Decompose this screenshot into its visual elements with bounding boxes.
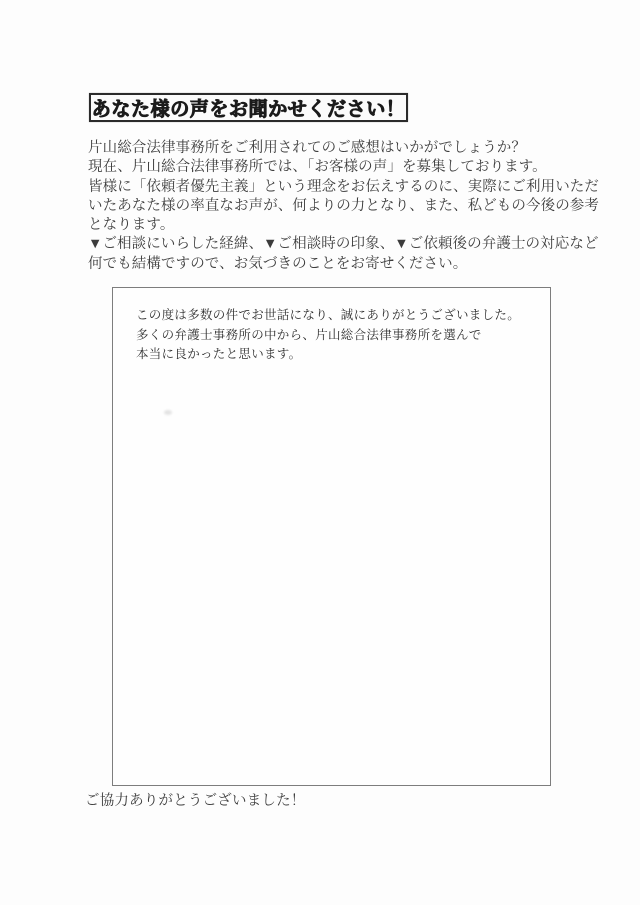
comment-line: この度は多数の件でお世話になり、誠にありがとうございました。 bbox=[136, 306, 520, 326]
scan-noise-artifact bbox=[164, 410, 172, 415]
scanned-feedback-document: あなた様の声をお聞かせください！ 片山総合法律事務所をご利用されてのご感想はいか… bbox=[0, 0, 640, 905]
intro-line: ▼ご相談にいらした経緯、▼ご相談時の印象、▼ご依頼後の弁護士の対応など bbox=[88, 235, 573, 254]
intro-line: となります。 bbox=[88, 216, 573, 235]
intro-line: 現在、片山総合法律事務所では、「お客様の声」を募集しております。 bbox=[88, 158, 573, 177]
intro-line: 皆様に「依頼者優先主義」という理念をお伝えするのに、実際にご利用いただ bbox=[88, 178, 573, 197]
intro-line: 何でも結構ですので、お気づきのことをお寄せください。 bbox=[88, 255, 573, 274]
page-title: あなた様の声をお聞かせください！ bbox=[92, 93, 406, 121]
intro-line: いたあなた様の率直なお声が、何よりの力となり、また、私どもの今後の参考 bbox=[88, 197, 573, 216]
intro-line: 片山総合法律事務所をご利用されてのご感想はいかがでしょうか？ bbox=[88, 139, 573, 158]
title-banner: あなた様の声をお聞かせください！ bbox=[89, 93, 408, 122]
comment-line: 多くの弁護士事務所の中から、片山総合法律事務所を選んで bbox=[136, 326, 520, 346]
customer-comment: この度は多数の件でお世話になり、誠にありがとうございました。 多くの弁護士事務所… bbox=[136, 306, 520, 365]
intro-paragraph: 片山総合法律事務所をご利用されてのご感想はいかがでしょうか？ 現在、片山総合法律… bbox=[88, 139, 573, 274]
closing-text: ご協力ありがとうございました！ bbox=[85, 789, 306, 810]
comment-line: 本当に良かったと思います。 bbox=[136, 345, 520, 365]
customer-comment-box: この度は多数の件でお世話になり、誠にありがとうございました。 多くの弁護士事務所… bbox=[112, 287, 551, 786]
